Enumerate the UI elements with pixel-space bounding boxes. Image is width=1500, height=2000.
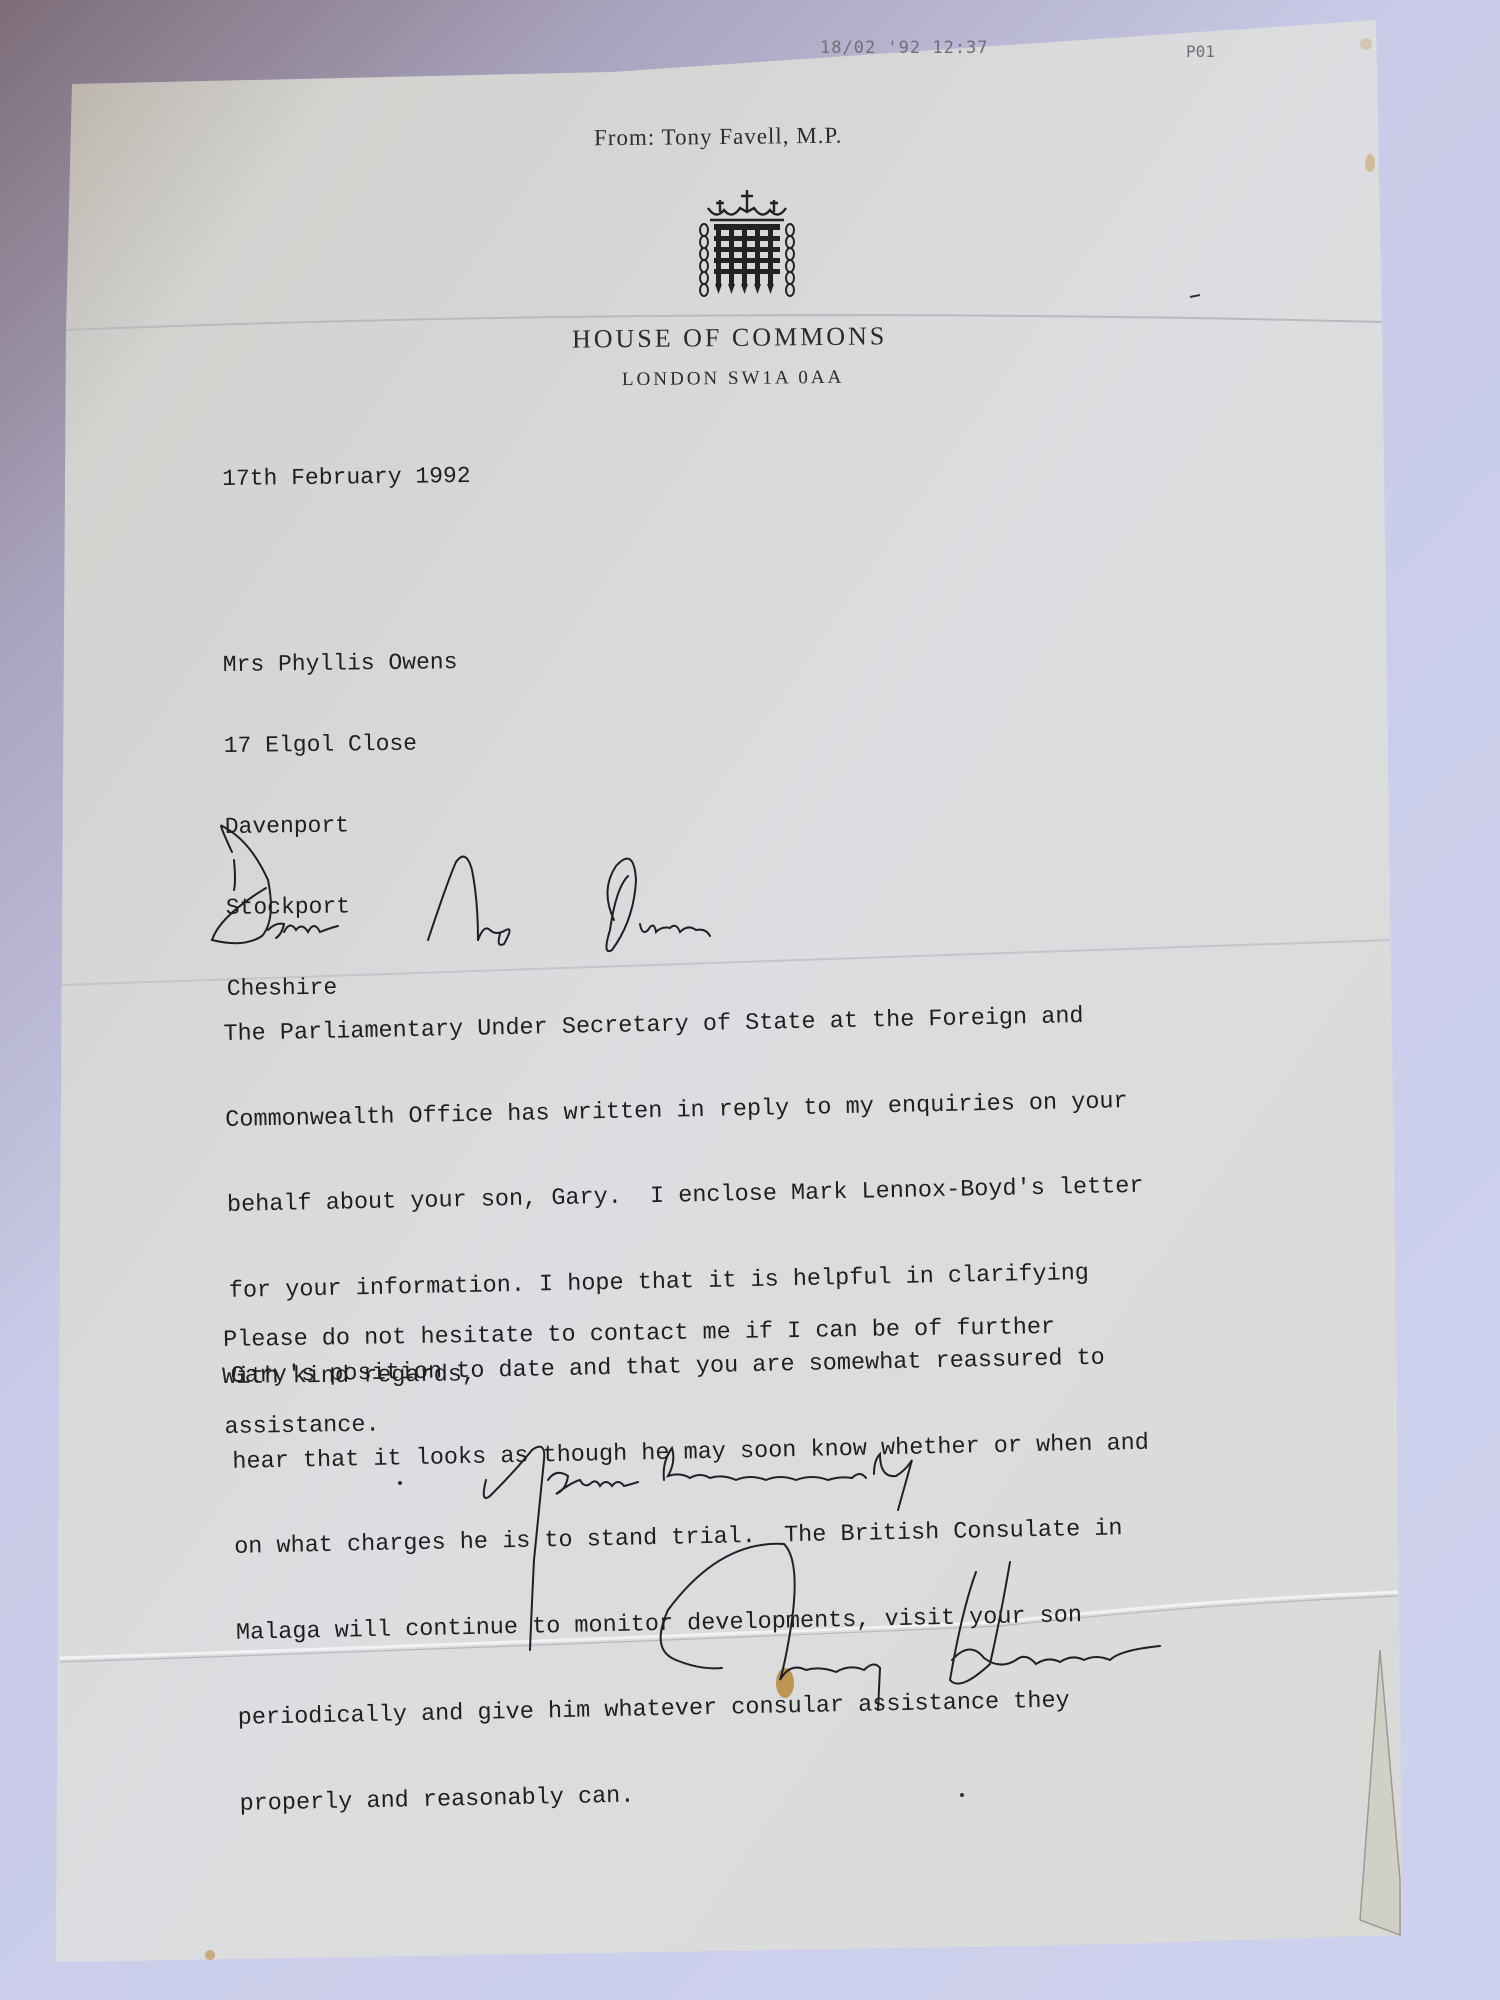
body-line: behalf about your son, Gary. I enclose M… [227, 1173, 1144, 1221]
portcullis-icon [696, 186, 798, 304]
recipient-name: Mrs Phyllis Owens [223, 649, 458, 679]
body-line: Malaga will continue to monitor developm… [236, 1600, 1153, 1648]
regards-line: With kind regards, [222, 1361, 476, 1391]
fax-timestamp: 18/02 '92 12:37 [820, 38, 989, 58]
letter-page: 18/02 '92 12:37 P01 From: Tony Favell, M… [0, 0, 1500, 2000]
recipient-district: Davenport [225, 811, 460, 841]
institution-name: HOUSE OF COMMONS [572, 321, 888, 354]
recipient-town: Stockport [226, 892, 461, 922]
letter-date: 17th February 1992 [222, 463, 471, 494]
institution-address: LONDON SW1A 0AA [622, 367, 845, 391]
closing-line: Please do not hesitate to contact me if … [223, 1313, 1055, 1355]
body-line: periodically and give him whatever consu… [238, 1686, 1155, 1734]
fax-page-number: P01 [1186, 42, 1215, 61]
body-line: on what charges he is to stand trial. Th… [234, 1515, 1151, 1563]
sender-line: From: Tony Favell, M.P. [594, 123, 843, 152]
body-line: The Parliamentary Under Secretary of Sta… [223, 1002, 1140, 1050]
body-line: properly and reasonably can. [239, 1771, 1156, 1819]
recipient-street: 17 Elgol Close [224, 730, 459, 760]
body-line: Commonwealth Office has written in reply… [225, 1087, 1142, 1135]
closing-line: assistance. [224, 1400, 1056, 1442]
